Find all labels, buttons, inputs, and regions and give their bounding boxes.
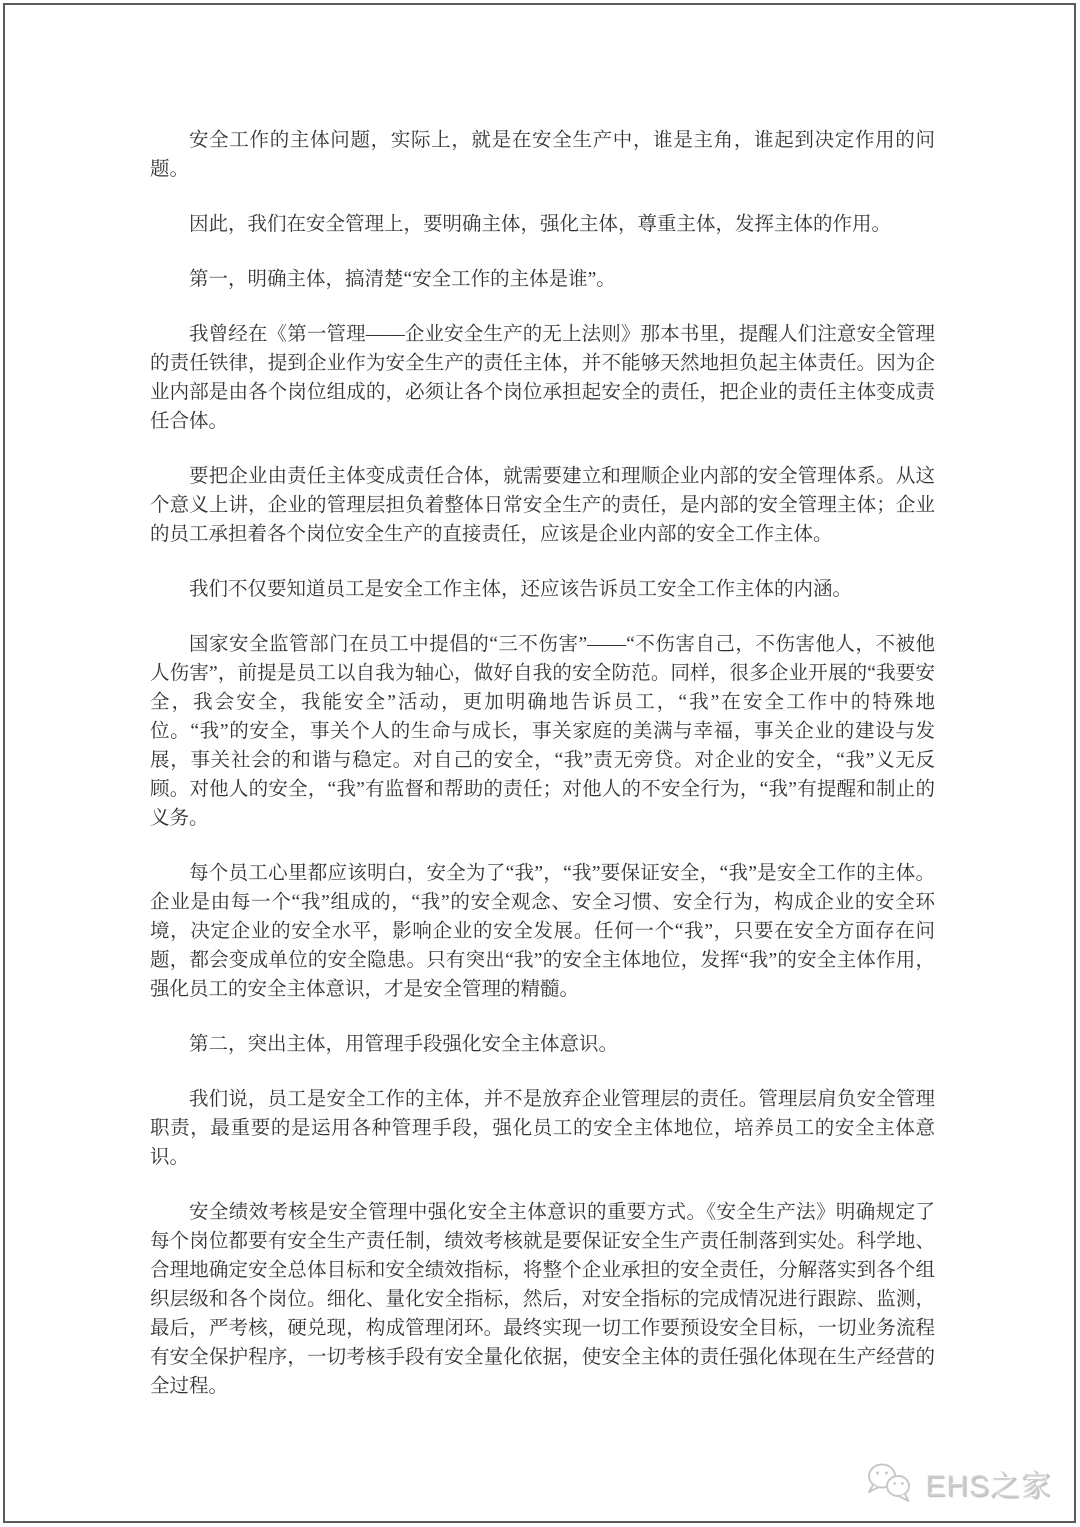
paragraph: 安全工作的主体问题，实际上，就是在安全生产中，谁是主角，谁起到决定作用的问题。 [150, 126, 935, 184]
watermark: EHS之家 [865, 1461, 1052, 1505]
watermark-label: EHS之家 [925, 1461, 1052, 1505]
paragraph: 因此，我们在安全管理上，要明确主体，强化主体，尊重主体，发挥主体的作用。 [150, 210, 935, 239]
paragraph: 我们不仅要知道员工是安全工作主体，还应该告诉员工安全工作主体的内涵。 [150, 575, 935, 604]
paragraph: 我曾经在《第一管理——企业安全生产的无上法则》那本书里，提醒人们注意安全管理的责… [150, 320, 935, 436]
paragraph: 第二，突出主体，用管理手段强化安全主体意识。 [150, 1030, 935, 1059]
paragraph: 每个员工心里都应该明白，安全为了“我”，“我”要保证安全，“我”是安全工作的主体… [150, 859, 935, 1004]
paragraph: 国家安全监管部门在员工中提倡的“三不伤害”——“不伤害自己，不伤害他人，不被他人… [150, 630, 935, 833]
paragraph: 要把企业由责任主体变成责任合体，就需要建立和理顺企业内部的安全管理体系。从这个意… [150, 462, 935, 549]
document-body: 安全工作的主体问题，实际上，就是在安全生产中，谁是主角，谁起到决定作用的问题。因… [150, 126, 935, 1427]
paragraph: 安全绩效考核是安全管理中强化安全主体意识的重要方式。《安全生产法》明确规定了每个… [150, 1198, 935, 1401]
paragraph: 我们说，员工是安全工作的主体，并不是放弃企业管理层的责任。管理层肩负安全管理职责… [150, 1085, 935, 1172]
paragraph: 第一，明确主体，搞清楚“安全工作的主体是谁”。 [150, 265, 935, 294]
wechat-icon [865, 1462, 917, 1504]
